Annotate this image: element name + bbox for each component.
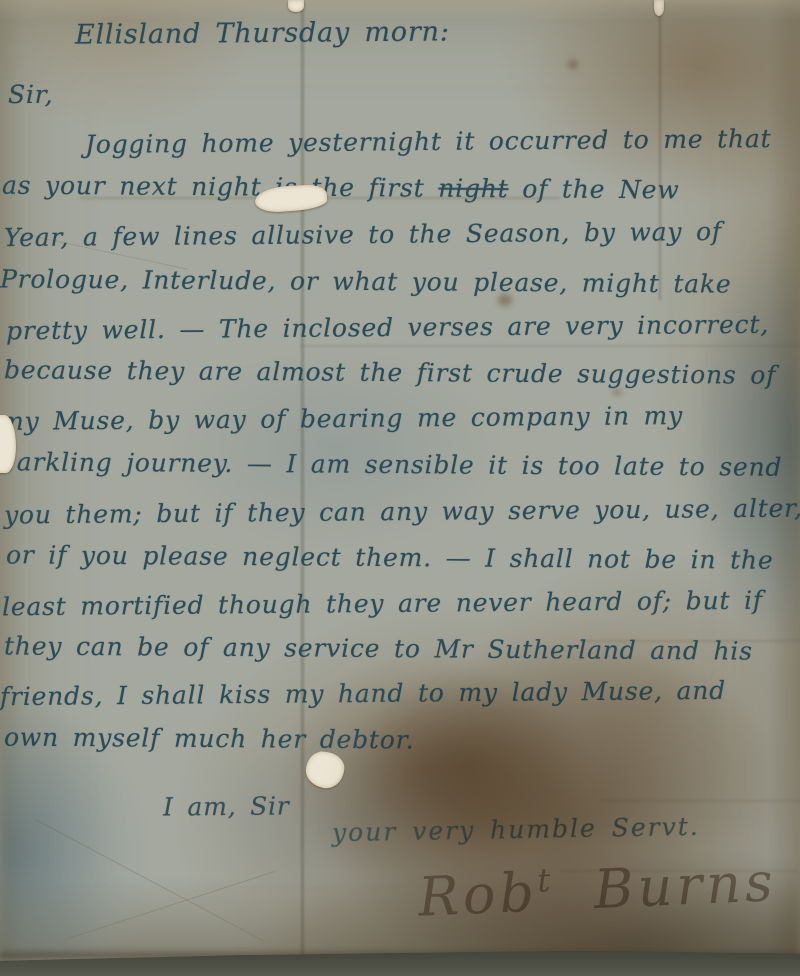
fold-crease-horizontal-4 <box>600 800 800 802</box>
letter-line: pretty well. — The inclosed verses are v… <box>6 310 769 346</box>
tear-patch-top-left <box>288 0 304 12</box>
closing-line-valediction: your very humble Servt. <box>332 812 700 847</box>
letter-line: Year, a few lines allusive to the Season… <box>4 217 722 252</box>
foxing-spot <box>568 60 578 69</box>
closing-line-i-am: I am, Sir <box>163 791 290 821</box>
fold-crease-horizontal-2 <box>300 345 800 347</box>
tear-patch-lower <box>304 750 347 791</box>
letter-line: Prologue, Interlude, or what you please,… <box>0 264 732 298</box>
signature-part: Rob <box>417 861 539 929</box>
letter-line: my Muse, by way of bearing me company in… <box>0 401 683 436</box>
signature-part: Burns <box>553 850 777 923</box>
letter-line: as your next night is the first night of… <box>2 171 680 205</box>
tear-patch-top-right <box>654 0 664 16</box>
letter-line: own myself much her debtor. <box>4 723 415 755</box>
line-segment: of the New <box>508 174 679 204</box>
letter-line: Jogging home yesternight it occurred to … <box>85 124 772 159</box>
letter-line: they can be of any service to Mr Sutherl… <box>4 631 753 665</box>
letter-scan: Ellisland Thursday morn: Sir, Jogging ho… <box>0 0 800 976</box>
line-segment: as your next night is the first <box>2 171 439 203</box>
signature-superscript: t <box>536 861 555 900</box>
letter-heading: Ellisland Thursday morn: <box>75 16 450 50</box>
letter-line: friends, I shall kiss my hand to my lady… <box>0 676 726 711</box>
letter-line: you them; but if they can any way serve … <box>4 494 800 530</box>
foxing-spot <box>612 388 622 396</box>
letter-line: least mortified though they are never he… <box>2 586 763 622</box>
struck-word: night <box>438 174 508 203</box>
letter-line: or if you please neglect them. — I shall… <box>6 540 774 574</box>
letter-line: because they are almost the first crude … <box>4 355 776 389</box>
scratch-line-1 <box>35 819 265 942</box>
scanner-background-band <box>0 940 800 976</box>
salutation-line: Sir, <box>8 80 54 109</box>
signature: Robt Burns <box>417 850 778 929</box>
letter-line: darkling journey. — I am sensible it is … <box>0 447 782 481</box>
